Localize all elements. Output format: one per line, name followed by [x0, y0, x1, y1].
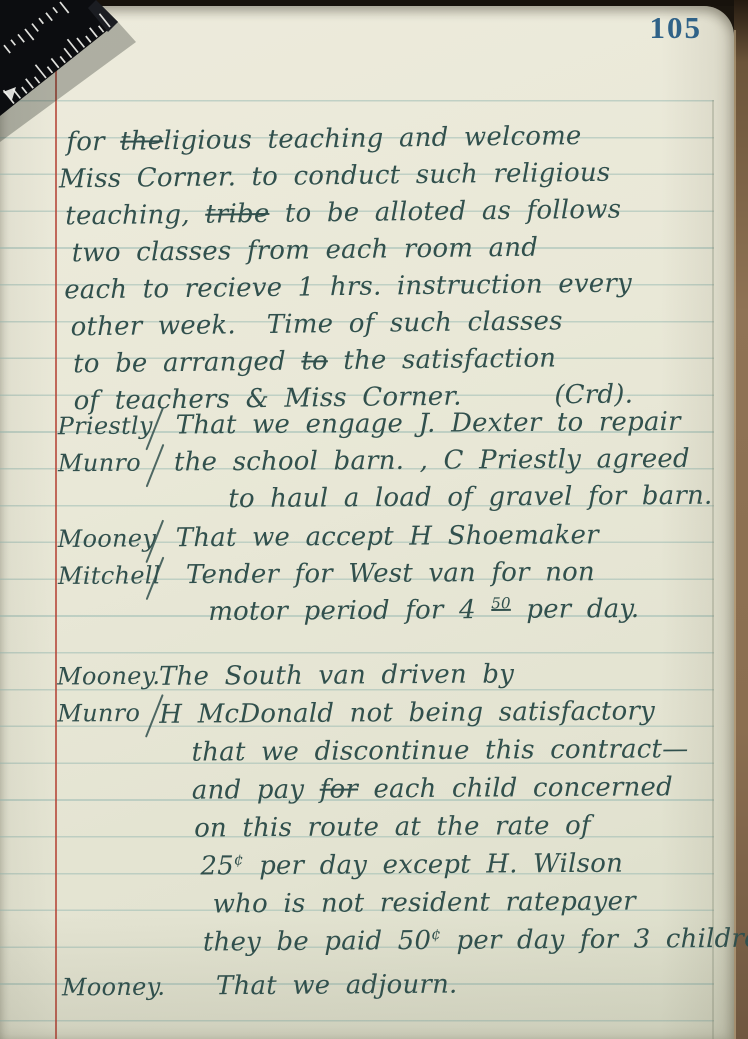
- minute-line: The South van driven by: [159, 653, 748, 695]
- handwritten-text: to haul a load of gravel for barn.: [228, 481, 712, 514]
- minute-line: H McDonald not being satisfactory: [159, 691, 748, 733]
- handwritten-text: teaching,: [65, 200, 205, 232]
- mover-column: MooneyMitchell: [58, 520, 161, 595]
- minute-line: Tender for West van for non: [160, 554, 639, 594]
- handwritten-text: —: [662, 734, 688, 764]
- handwritten-text: that we discontinue this contract: [192, 734, 663, 767]
- handwritten-text: to be arranged: [73, 347, 302, 380]
- minute-line: the school barn. , C Priestly agreed: [160, 441, 712, 482]
- minute-line: that we discontinue this contract—: [159, 729, 748, 771]
- struck-word: for: [320, 774, 359, 804]
- motion-text: The South van driven byH McDonald not be…: [159, 653, 748, 961]
- motion-block: for theligious teaching and welcomeMiss …: [54, 117, 633, 420]
- handwritten-text: motor period for 4: [208, 595, 491, 627]
- minute-line: on this route at the rate of: [160, 805, 748, 847]
- minute-line: to haul a load of gravel for barn.: [160, 478, 712, 519]
- handwritten-text: other week. Time of such classes: [71, 306, 563, 342]
- handwritten-text: That we accept H Shoemaker: [176, 520, 599, 553]
- handwritten-text: who is not resident ratepayer: [213, 887, 636, 920]
- minute-line: who is not resident ratepayer: [161, 881, 748, 923]
- handwritten-text: per day for 3 children.: [441, 923, 748, 955]
- minutes-text: for theligious teaching and welcomeMiss …: [0, 0, 748, 1039]
- motion-text: That we engage J. Dexter to repairthe sc…: [160, 404, 713, 519]
- motion-text: That we adjourn.: [180, 967, 458, 1006]
- minute-line: 25¢ per day except H. Wilson: [160, 843, 748, 885]
- mover-name: Munro: [57, 695, 159, 733]
- handwritten-text: per day except H. Wilson: [244, 849, 623, 882]
- handwritten-text: ligious teaching and welcome: [163, 121, 582, 156]
- handwritten-text: Miss Corner. to conduct such religious: [59, 158, 611, 195]
- handwritten-text: each child concerned: [358, 772, 673, 804]
- struck-word: to: [301, 346, 328, 376]
- mover-column: Mooney.Munro: [57, 658, 160, 733]
- handwritten-text: the satisfaction: [328, 343, 557, 376]
- minute-line: teaching, tribe to be alloted as follows: [55, 191, 631, 235]
- motion-block: Mooney.That we adjourn.: [62, 967, 458, 1007]
- mover-column: PriestlyMunro: [58, 408, 161, 483]
- superscript-amount: ¢: [234, 851, 244, 869]
- handwritten-text: to be alloted as follows: [269, 195, 621, 229]
- minute-line: they be paid 50¢ per day for 3 children.: [161, 919, 748, 961]
- struck-word: tribe: [205, 199, 270, 230]
- handwritten-text: That we adjourn.: [216, 970, 458, 1002]
- handwritten-text: the school barn. , C Priestly agreed: [174, 444, 690, 478]
- mover-name: Mooney.: [57, 658, 159, 696]
- handwritten-text: and pay: [192, 775, 320, 806]
- mover-name: Priestly: [58, 408, 160, 446]
- minute-line: That we accept H Shoemaker: [160, 517, 639, 557]
- motion-block: Mooney.MunroThe South van driven byH McD…: [57, 653, 748, 962]
- handwritten-text: for: [66, 127, 120, 158]
- handwritten-text: Tender for West van for non: [186, 557, 595, 590]
- handwritten-text: each to recieve 1 hrs. instruction every: [64, 268, 632, 305]
- superscript-amount: ¢: [431, 925, 441, 943]
- motion-text: That we accept H ShoemakerTender for Wes…: [160, 517, 640, 631]
- superscript-amount: 50: [491, 594, 511, 612]
- handwritten-text: per day.: [511, 594, 640, 625]
- minute-line: That we adjourn.: [180, 967, 458, 1006]
- handwritten-text: H McDonald not being satisfactory: [159, 696, 655, 729]
- motion-block: PriestlyMunroThat we engage J. Dexter to…: [58, 404, 713, 520]
- handwritten-text: two classes from each room and: [72, 233, 539, 269]
- minute-line: and pay for each child concerned: [160, 767, 748, 809]
- motion-text: for theligious teaching and welcomeMiss …: [54, 117, 633, 420]
- struck-word: the: [120, 126, 164, 157]
- minute-line: That we engage J. Dexter to repair: [160, 404, 712, 445]
- mover-name: Munro: [58, 445, 160, 483]
- handwritten-text: on this route at the rate of: [194, 811, 591, 844]
- mover-name: Mooney: [58, 520, 160, 558]
- mover-column: Mooney.: [62, 969, 180, 1007]
- mover-name: Mooney.: [62, 969, 180, 1007]
- mover-name: Mitchell: [58, 557, 160, 595]
- minute-line: motor period for 4 50 per day.: [160, 591, 639, 631]
- handwritten-text: 25: [200, 851, 234, 881]
- motion-block: MooneyMitchellThat we accept H Shoemaker…: [58, 517, 640, 632]
- handwritten-text: That we engage J. Dexter to repair: [176, 407, 681, 441]
- handwritten-text: they be paid 50: [203, 926, 431, 958]
- handwritten-text: The South van driven by: [159, 659, 514, 691]
